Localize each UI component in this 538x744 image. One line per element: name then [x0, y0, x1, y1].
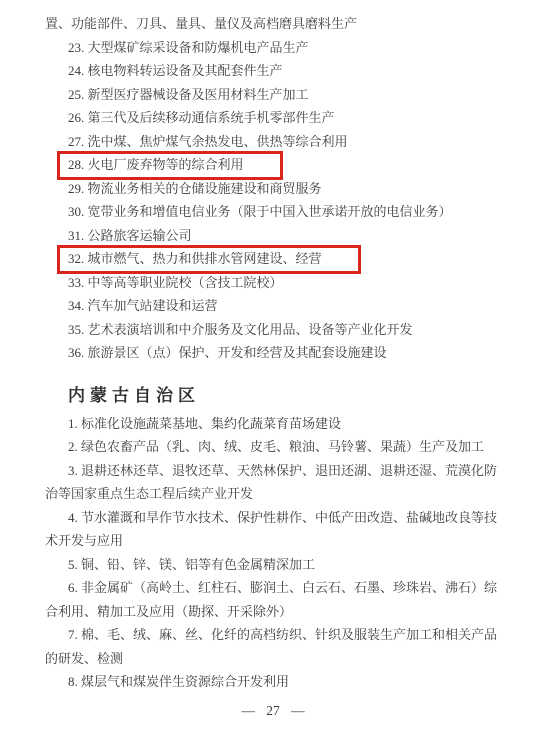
- list-item: 26. 第三代及后续移动通信系统手机零部件生产: [45, 106, 501, 130]
- list-item: 7. 棉、毛、绒、麻、丝、化纤的高档纺织、针织及服装生产加工和相关产品的研发、检…: [45, 623, 501, 670]
- list-item: 3. 退耕还林还草、退牧还草、天然林保护、退田还湖、退耕还湿、荒漠化防治等国家重…: [45, 459, 501, 506]
- list-item: 32. 城市燃气、热力和供排水管网建设、经营: [45, 247, 501, 271]
- section-heading: 内蒙古自治区: [45, 382, 501, 409]
- list-item: 6. 非金属矿（高岭土、红柱石、膨润土、白云石、石墨、珍珠岩、沸石）综合利用、精…: [45, 576, 501, 623]
- highlight-box: 28. 火电厂废弃物等的综合利用: [57, 151, 283, 180]
- list-item: 33. 中等高等职业院校（含技工院校）: [45, 271, 501, 295]
- list-item: 30. 宽带业务和增值电信业务（限于中国入世承诺开放的电信业务）: [45, 200, 501, 224]
- list-item: 36. 旅游景区（点）保护、开发和经营及其配套设施建设: [45, 341, 501, 365]
- list-item: 23. 大型煤矿综采设备和防爆机电产品生产: [45, 36, 501, 60]
- list-item: 34. 汽车加气站建设和运营: [45, 294, 501, 318]
- list-item: 1. 标准化设施蔬菜基地、集约化蔬菜育苗场建设: [45, 412, 501, 436]
- list-item: 35. 艺术表演培训和中介服务及文化用品、设备等产业化开发: [45, 318, 501, 342]
- list-item: 29. 物流业务相关的仓储设施建设和商贸服务: [45, 177, 501, 201]
- list-item: 4. 节水灌溉和旱作节水技术、保护性耕作、中低产田改造、盐碱地改良等技术开发与应…: [45, 506, 501, 553]
- numbered-list-national: 23. 大型煤矿综采设备和防爆机电产品生产24. 核电物料转运设备及其配套件生产…: [45, 36, 501, 365]
- continuation-line: 置、功能部件、刀具、量具、量仪及高档磨具磨料生产: [45, 12, 501, 36]
- page-number: — 27 —: [45, 701, 501, 721]
- list-item: 27. 洗中煤、焦炉煤气余热发电、供热等综合利用: [45, 130, 501, 154]
- list-item: 5. 铜、铅、锌、镁、铝等有色金属精深加工: [45, 553, 501, 577]
- highlight-box: 32. 城市燃气、热力和供排水管网建设、经营: [57, 245, 361, 274]
- document-page: 置、功能部件、刀具、量具、量仪及高档磨具磨料生产 23. 大型煤矿综采设备和防爆…: [0, 0, 538, 744]
- list-item: 31. 公路旅客运输公司: [45, 224, 501, 248]
- list-item: 24. 核电物料转运设备及其配套件生产: [45, 59, 501, 83]
- numbered-list-inner-mongolia: 1. 标准化设施蔬菜基地、集约化蔬菜育苗场建设2. 绿色农畜产品（乳、肉、绒、皮…: [45, 412, 501, 694]
- list-item: 8. 煤层气和煤炭伴生资源综合开发利用: [45, 670, 501, 694]
- list-item: 2. 绿色农畜产品（乳、肉、绒、皮毛、粮油、马铃薯、果蔬）生产及加工: [45, 435, 501, 459]
- list-item: 25. 新型医疗器械设备及医用材料生产加工: [45, 83, 501, 107]
- list-item: 28. 火电厂废弃物等的综合利用: [45, 153, 501, 177]
